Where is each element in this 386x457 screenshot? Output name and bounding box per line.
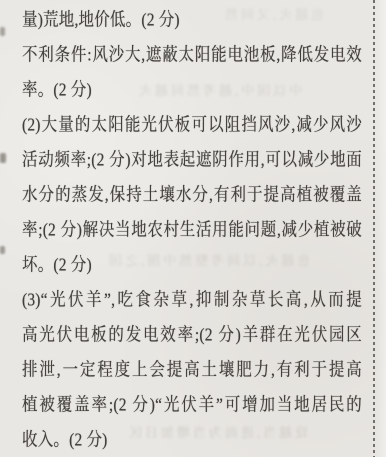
scan-speck [0,246,5,254]
scan-speck [0,27,5,36]
scanned-answer-page: 量)荒地,地价低。(2 分) 不利条件:风沙大,遮蔽太阳能电池板,降低发电效 率… [0,0,386,457]
answer-text-column: 量)荒地,地价低。(2 分) 不利条件:风沙大,遮蔽太阳能电池板,降低发电效 率… [22,3,362,457]
answer-line-13: 收入。(2 分) [22,420,362,457]
scan-speck [0,153,6,163]
dotted-vertical-rule [373,0,375,457]
page-margin-shade [376,0,386,457]
